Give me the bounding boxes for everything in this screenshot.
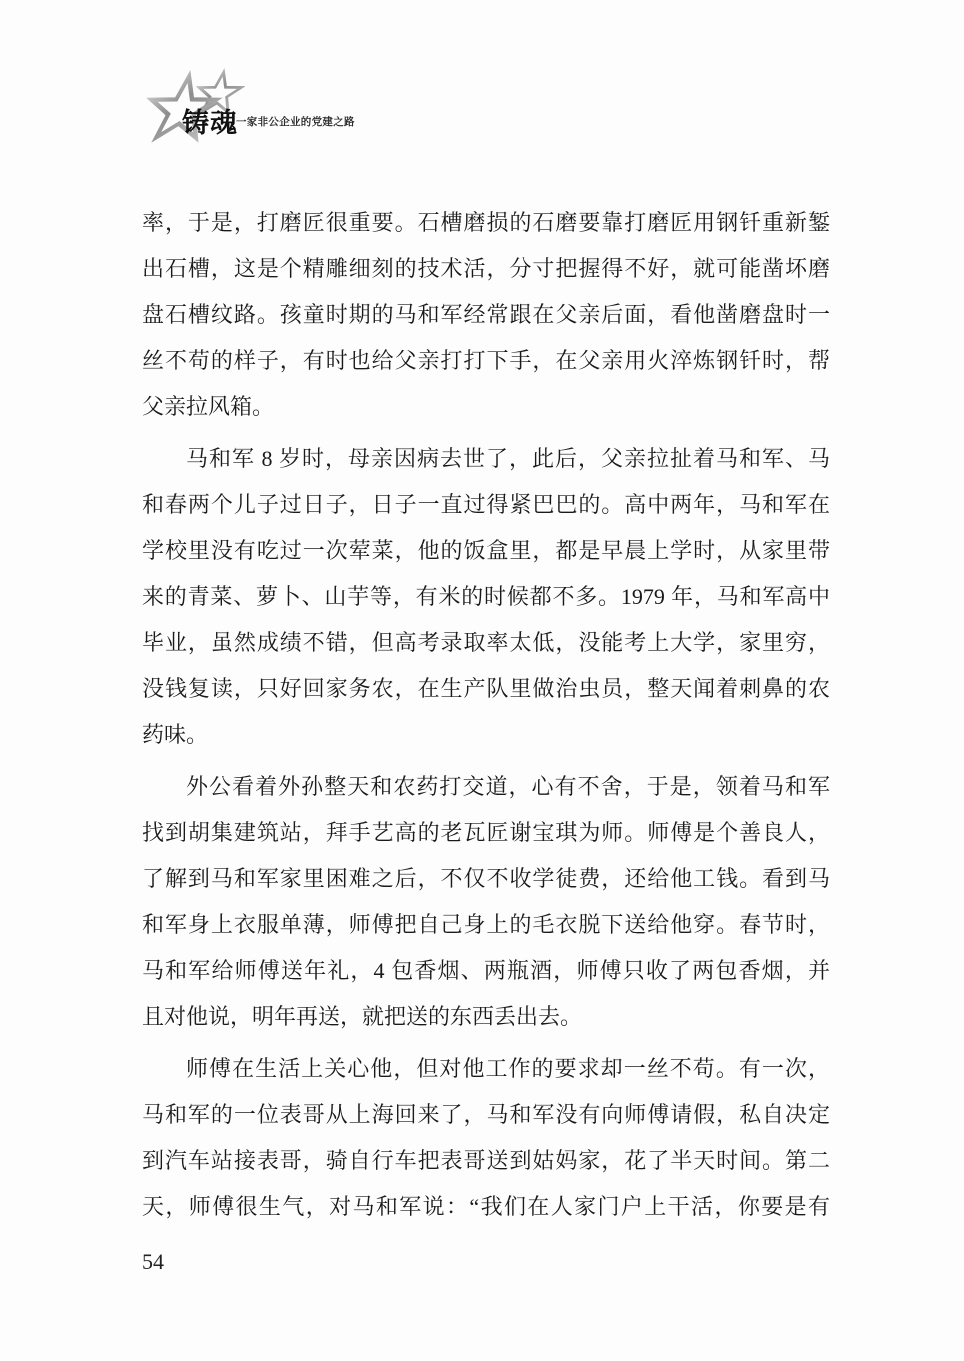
paragraph: 师傅在生活上关心他，但对他工作的要求却一丝不苟。有一次，马和军的一位表哥从上海回… <box>142 1046 830 1230</box>
text-line: 马和军给师傅送年礼，4 包香烟、两瓶酒，师傅只收了两包香烟，并 <box>142 948 830 994</box>
logo-subtitle: 一家非公企业的党建之路 <box>236 114 355 129</box>
logo-title: 铸魂 <box>182 101 238 140</box>
text-line: 和春两个儿子过日子，日子一直过得紧巴巴的。高中两年，马和军在 <box>142 482 830 528</box>
text-line: 毕业，虽然成绩不错，但高考录取率太低，没能考上大学，家里穷， <box>142 620 830 666</box>
paragraph: 外公看着外孙整天和农药打交道，心有不舍，于是，领着马和军找到胡集建筑站，拜手艺高… <box>142 764 830 1040</box>
text-line: 来的青菜、萝卜、山芋等，有米的时候都不多。1979 年，马和军高中 <box>142 574 830 620</box>
paragraph: 率，于是，打磨匠很重要。石槽磨损的石磨要靠打磨匠用钢钎重新錾出石槽，这是个精雕细… <box>142 200 830 430</box>
text-line: 外公看着外孙整天和农药打交道，心有不舍，于是，领着马和军 <box>142 764 830 810</box>
text-line: 药味。 <box>142 712 830 758</box>
book-page: 铸魂 一家非公企业的党建之路 率，于是，打磨匠很重要。石槽磨损的石磨要靠打磨匠用… <box>0 0 964 1361</box>
text-line: 到汽车站接表哥，骑自行车把表哥送到姑妈家，花了半天时间。第二 <box>142 1138 830 1184</box>
text-line: 马和军的一位表哥从上海回来了，马和军没有向师傅请假，私自决定 <box>142 1092 830 1138</box>
text-line: 和军身上衣服单薄，师傅把自己身上的毛衣脱下送给他穿。春节时， <box>142 902 830 948</box>
text-line: 丝不苟的样子，有时也给父亲打打下手，在父亲用火淬炼钢钎时，帮 <box>142 338 830 384</box>
text-line: 父亲拉风箱。 <box>142 384 830 430</box>
text-line: 学校里没有吃过一次荤菜，他的饭盒里，都是早晨上学时，从家里带 <box>142 528 830 574</box>
text-line: 师傅在生活上关心他，但对他工作的要求却一丝不苟。有一次， <box>142 1046 830 1092</box>
body-text: 率，于是，打磨匠很重要。石槽磨损的石磨要靠打磨匠用钢钎重新錾出石槽，这是个精雕细… <box>142 200 830 1230</box>
paragraph: 马和军 8 岁时，母亲因病去世了，此后，父亲拉扯着马和军、马和春两个儿子过日子，… <box>142 436 830 758</box>
text-line: 了解到马和军家里困难之后，不仅不收学徒费，还给他工钱。看到马 <box>142 856 830 902</box>
text-line: 找到胡集建筑站，拜手艺高的老瓦匠谢宝琪为师。师傅是个善良人， <box>142 810 830 856</box>
text-line: 马和军 8 岁时，母亲因病去世了，此后，父亲拉扯着马和军、马 <box>142 436 830 482</box>
text-line: 出石槽，这是个精雕细刻的技术活，分寸把握得不好，就可能凿坏磨 <box>142 246 830 292</box>
text-line: 且对他说，明年再送，就把送的东西丢出去。 <box>142 994 830 1040</box>
text-line: 率，于是，打磨匠很重要。石槽磨损的石磨要靠打磨匠用钢钎重新錾 <box>142 200 830 246</box>
text-line: 没钱复读，只好回家务农，在生产队里做治虫员，整天闻着刺鼻的农 <box>142 666 830 712</box>
page-number: 54 <box>142 1249 164 1275</box>
text-line: 盘石槽纹路。孩童时期的马和军经常跟在父亲后面，看他凿磨盘时一 <box>142 292 830 338</box>
text-line: 天，师傅很生气，对马和军说：“我们在人家门户上干活，你要是有 <box>142 1184 830 1230</box>
